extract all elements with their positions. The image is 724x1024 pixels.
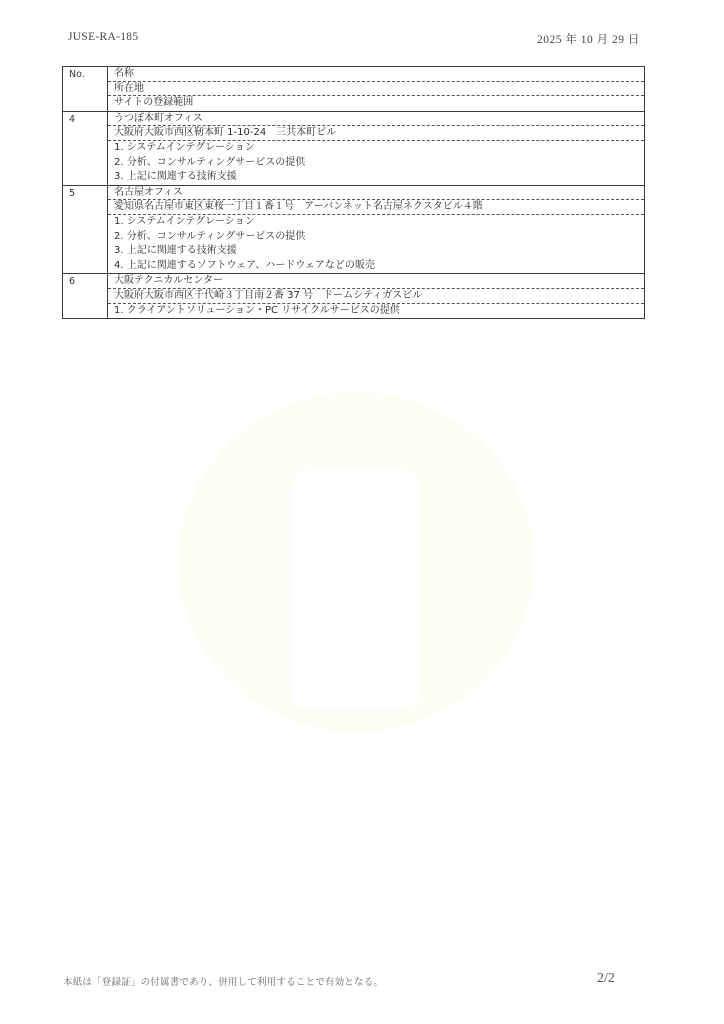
site-details: 名古屋オフィス 愛知県名古屋市東区東桜一丁目１番１号 アーバンネット名古屋ネクス… (107, 186, 644, 274)
document-date: 2025 年 10 月 29 日 (537, 31, 640, 47)
site-name: うつぼ本町オフィス (108, 112, 644, 127)
column-header-scope: サイトの登録範囲 (108, 96, 644, 111)
site-details: 大阪テクニカルセンター 大阪府大阪市西区千代崎３丁目南２番 37 号 ドームシテ… (107, 274, 644, 318)
scope-item: 3. 上記に関連する技術支援 (108, 244, 644, 259)
site-number: 6 (63, 274, 107, 318)
scope-item: 1. クライアントソリューション・PC リサイクルサービスの提供 (108, 304, 644, 319)
site-details: うつぼ本町オフィス 大阪府大阪市西区靭本町 1-10-24 三共本町ビル 1. … (107, 112, 644, 185)
site-number: 5 (63, 186, 107, 274)
scope-item: 4. 上記に関連するソフトウェア、ハードウェアなどの販売 (108, 259, 644, 274)
site-address: 大阪府大阪市西区靭本町 1-10-24 三共本町ビル (108, 126, 644, 141)
column-header-name: 名称 (108, 67, 644, 82)
column-header-address: 所在地 (108, 82, 644, 97)
header-detail-cell: 名称 所在地 サイトの登録範囲 (107, 67, 644, 111)
footer-note: 本紙は「登録証」の付属書であり、併用して利用することで有効となる。 (63, 974, 383, 988)
table-row: 5 名古屋オフィス 愛知県名古屋市東区東桜一丁目１番１号 アーバンネット名古屋ネ… (63, 185, 644, 274)
table-row: 4 うつぼ本町オフィス 大阪府大阪市西区靭本町 1-10-24 三共本町ビル 1… (63, 111, 644, 185)
scope-item: 1. システムインテグレーション (108, 215, 644, 230)
scope-item: 2. 分析、コンサルティングサービスの提供 (108, 230, 644, 245)
document-id: JUSE-RA-185 (68, 31, 138, 43)
site-number: 4 (63, 112, 107, 185)
table-row: 6 大阪テクニカルセンター 大阪府大阪市西区千代崎３丁目南２番 37 号 ドーム… (63, 273, 644, 318)
table-header-row: No. 名称 所在地 サイトの登録範囲 (63, 67, 644, 111)
column-header-no: No. (63, 67, 107, 111)
site-name: 大阪テクニカルセンター (108, 274, 644, 289)
site-address: 愛知県名古屋市東区東桜一丁目１番１号 アーバンネット名古屋ネクスタビル４階 (108, 200, 644, 215)
scope-item: 3. 上記に関連する技術支援 (108, 170, 644, 185)
watermark-emblem-detail (290, 470, 420, 710)
scope-item: 1. システムインテグレーション (108, 141, 644, 156)
site-address: 大阪府大阪市西区千代崎３丁目南２番 37 号 ドームシティガスビル (108, 289, 644, 304)
site-name: 名古屋オフィス (108, 186, 644, 201)
scope-item: 2. 分析、コンサルティングサービスの提供 (108, 156, 644, 171)
site-registration-table: No. 名称 所在地 サイトの登録範囲 4 うつぼ本町オフィス 大阪府大阪市西区… (62, 66, 645, 319)
page-number: 2/2 (597, 971, 615, 987)
